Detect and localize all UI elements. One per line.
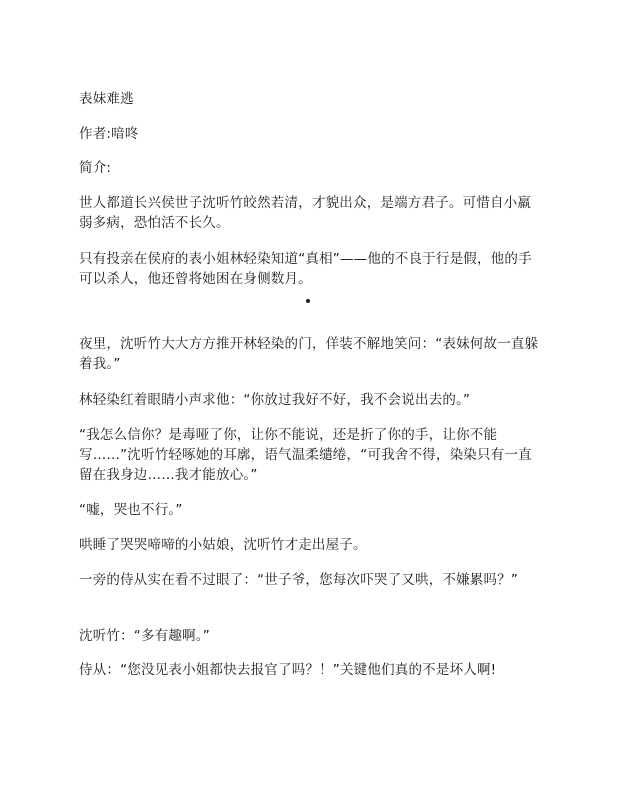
story-paragraph: 林轻染红着眼睛小声求他：“你放过我好不好，我不会说出去的。” [79, 390, 541, 410]
story-paragraph: “嘘，哭也不行。” [79, 500, 541, 520]
section-separator-dot [306, 299, 310, 303]
story-paragraph: 侍从：“您没见表小姐都快去报官了吗？！”关键他们真的不是坏人啊! [79, 660, 541, 680]
story-paragraph: 沈听竹：“多有趣啊。” [79, 626, 541, 646]
story-paragraph: 一旁的侍从实在看不过眼了：“世子爷，您每次吓哭了又哄，不嫌累吗？” [79, 570, 541, 590]
intro-paragraph: 只有投亲在侯府的表小姐林轻染知道“真相”——他的不良于行是假，他的手可以杀人，他… [79, 249, 541, 289]
book-author: 作者:喑咚 [79, 124, 139, 144]
story-paragraph: 夜里，沈听竹大大方方推开林轻染的门，佯装不解地笑问：“表妹何故一直躲着我。” [79, 334, 541, 374]
story-paragraph: 哄睡了哭哭啼啼的小姑娘，沈听竹才走出屋子。 [79, 535, 541, 555]
book-title: 表妹难逃 [79, 89, 134, 109]
intro-paragraph: 世人都道长兴侯世子沈听竹皎然若清，才貌出众，是端方君子。可惜自小羸弱多病，恐怕活… [79, 193, 541, 233]
story-paragraph: “我怎么信你？是毒哑了你，让你不能说，还是折了你的手，让你不能写……”沈听竹轻啄… [79, 425, 541, 485]
intro-label: 简介: [79, 158, 111, 178]
